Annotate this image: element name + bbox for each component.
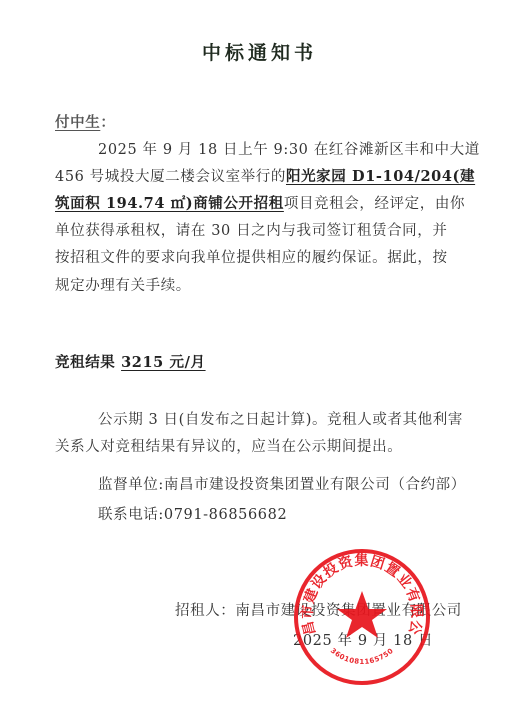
salutation-colon: ： bbox=[100, 114, 115, 131]
paragraph1-line3-text: 项目竞租会，经评定，由你 bbox=[284, 196, 465, 212]
bid-result: 竞租结果 3215 元/月 bbox=[55, 351, 220, 372]
svg-text:南昌市建设投资集团置业有限公司: 南昌市建设投资集团置业有限公司 bbox=[292, 547, 425, 637]
paragraph2-line1: 公示期 3 日(自发布之日起计算)。竞租人或者其他利害 bbox=[98, 408, 463, 429]
paragraph1-line6: 规定办理有关手续。 bbox=[55, 274, 191, 295]
recipient-name: 付中生 bbox=[55, 114, 100, 131]
notice-document: 中标通知书 付中生： 2025 年 9 月 18 日上午 9:30 在红谷滩新区… bbox=[0, 0, 519, 717]
paragraph1-line3: 筑面积 194.74 ㎡)商铺公开招租项目竞租会，经评定，由你 bbox=[55, 192, 465, 213]
paragraph1-line5: 按招租文件的要求向我单位提供相应的履约保证。据此，按 bbox=[55, 246, 448, 267]
bid-result-label: 竞租结果 bbox=[55, 354, 121, 371]
seal-text: 南昌市建设投资集团置业有限公司 bbox=[292, 547, 425, 637]
paragraph2-line2: 关系人对竞租结果有异议的，应当在公示期间提出。 bbox=[55, 435, 402, 456]
bid-result-value: 3215 元/月 bbox=[121, 354, 220, 371]
paragraph1-line2: 456 号城投大厦二楼会议室举行的阳光家园 D1-104/204(建 bbox=[55, 165, 475, 186]
contact-phone: 联系电话:0791-86856682 bbox=[98, 503, 287, 524]
issue-date: 2025 年 9 月 18 日 bbox=[293, 629, 433, 650]
supervisor-unit: 监督单位:南昌市建设投资集团置业有限公司（合约部） bbox=[98, 473, 466, 494]
project-name-part2: 筑面积 194.74 ㎡)商铺公开招租 bbox=[55, 195, 284, 212]
lessor-signature: 招租人：南昌市建设投资集团置业有限公司 bbox=[175, 599, 462, 620]
document-title: 中标通知书 bbox=[0, 38, 519, 65]
paragraph1-line4: 单位获得承租权，请在 30 日之内与我司签订租赁合同，并 bbox=[55, 219, 447, 240]
paragraph1-line2-text: 456 号城投大厦二楼会议室举行的 bbox=[55, 169, 286, 185]
salutation: 付中生： bbox=[55, 111, 115, 132]
project-name-part1: 阳光家园 D1-104/204(建 bbox=[286, 168, 475, 185]
paragraph1-line1: 2025 年 9 月 18 日上午 9:30 在红谷滩新区丰和中大道 bbox=[98, 138, 480, 159]
